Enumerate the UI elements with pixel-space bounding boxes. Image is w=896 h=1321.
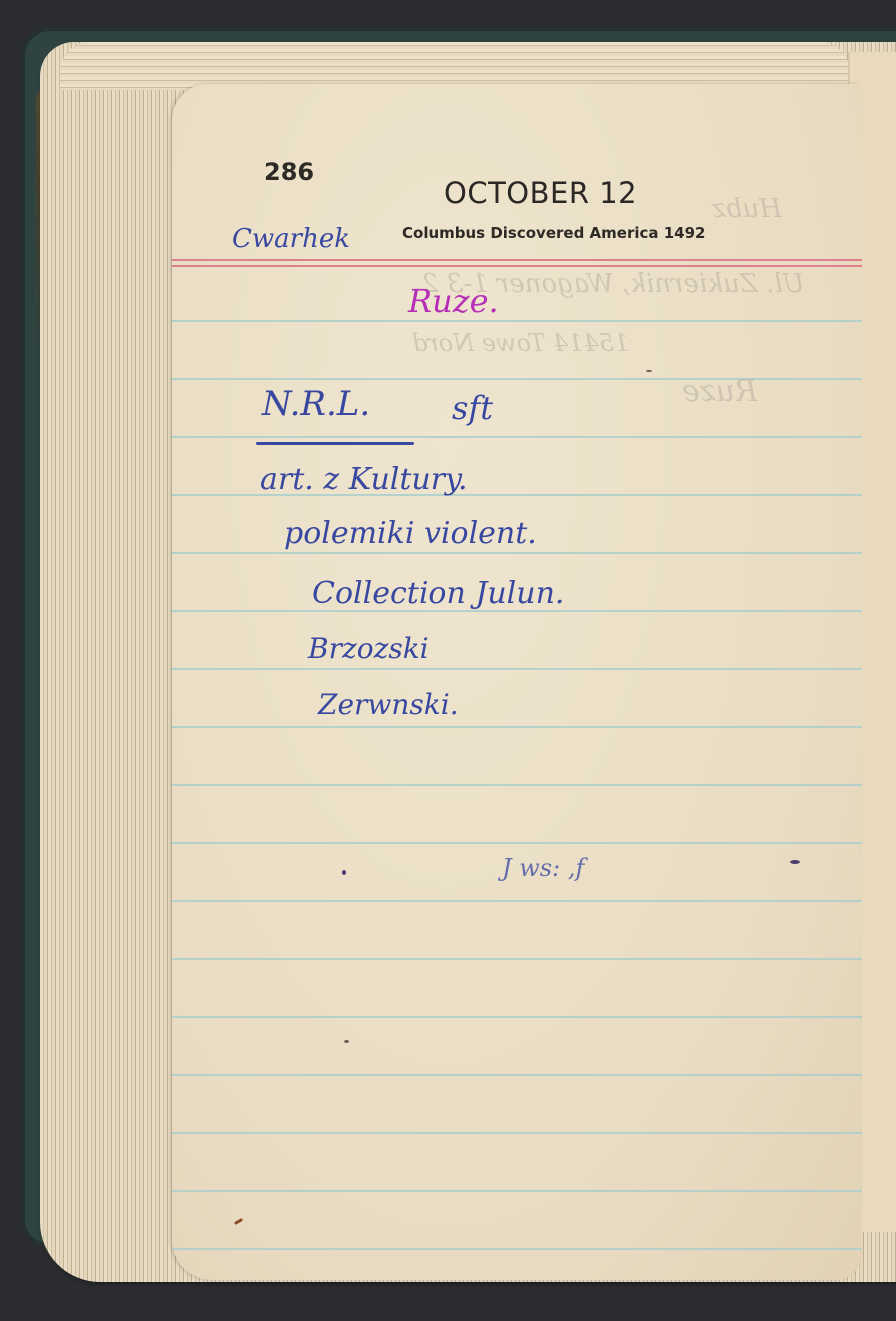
ruled-line [172, 668, 862, 670]
ruled-line [172, 842, 862, 844]
ruled-line [172, 1074, 862, 1076]
ink-dot [344, 1040, 349, 1043]
holiday-note: Columbus Discovered America 1492 [402, 224, 705, 242]
ink-dot [342, 870, 346, 875]
handwritten-heading-suffix: sft [452, 389, 493, 427]
bleed-through-text: Hubz [712, 194, 782, 224]
paper-stain [234, 1218, 243, 1225]
faint-ink-marks: J ws: ,f [502, 854, 584, 882]
page-stack-top-edges [60, 42, 850, 90]
ruled-line [172, 378, 862, 380]
diary-page: Hubz Ul. Zukiernik, Wagoner 1-3 2 15414 … [172, 84, 862, 1280]
bleed-through-text: Ruze [682, 374, 757, 409]
header-red-rule [172, 265, 862, 267]
handwritten-line: Zerwnski. [318, 688, 459, 721]
handwritten-top-left-word: Cwarhek [232, 224, 350, 254]
bleed-through-text: 15414 Towe Nord [412, 329, 629, 357]
header-red-rule [172, 259, 862, 261]
ink-dot [790, 860, 800, 864]
heading-underline [256, 442, 414, 445]
handwritten-line: art. z Kultury. [260, 462, 468, 497]
ruled-line [172, 436, 862, 438]
ruled-line [172, 320, 862, 322]
handwritten-heading: N.R.L. [262, 384, 370, 424]
ruled-line [172, 552, 862, 554]
ruled-line [172, 1016, 862, 1018]
ruled-line [172, 900, 862, 902]
handwritten-line: Brzozski [308, 632, 429, 665]
handwritten-purple-word: Ruze. [408, 282, 499, 320]
handwritten-line: Collection Julun. [312, 576, 564, 611]
handwritten-line: polemiki violent. [284, 516, 537, 551]
ruled-line [172, 726, 862, 728]
date-heading: OCTOBER 12 [444, 176, 637, 210]
ruled-line [172, 958, 862, 960]
page-number: 286 [264, 158, 314, 186]
ruled-line [172, 1248, 862, 1250]
ruled-line [172, 784, 862, 786]
ink-dot [646, 370, 652, 372]
ruled-line [172, 1190, 862, 1192]
ruled-line [172, 1132, 862, 1134]
